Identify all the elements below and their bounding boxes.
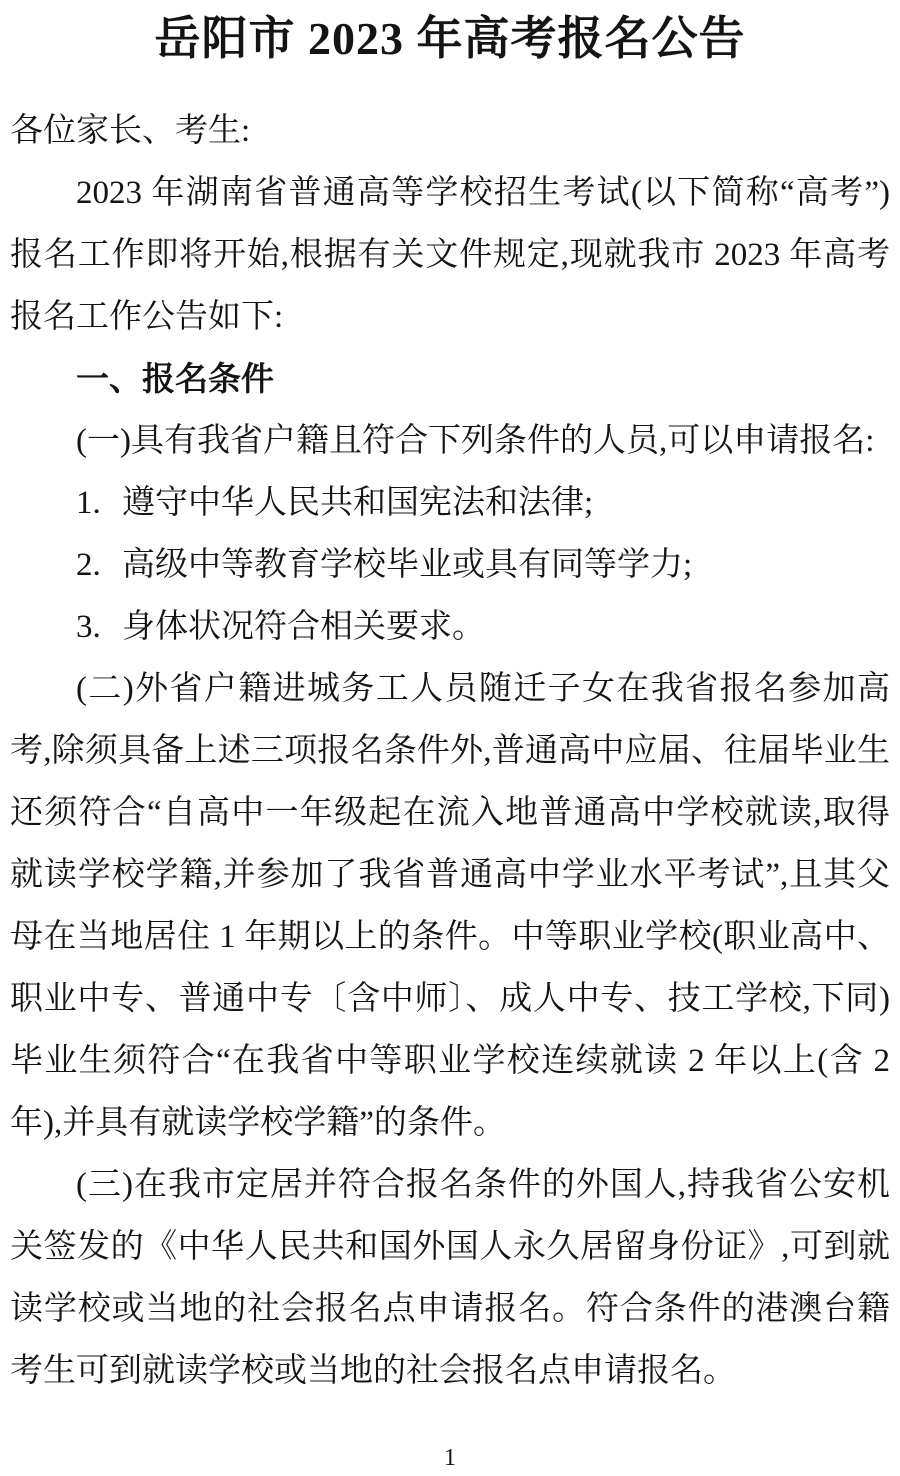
- list-item: 1.遵守中华人民共和国宪法和法律;: [76, 472, 890, 534]
- list-item: 2.高级中等教育学校毕业或具有同等学力;: [76, 534, 890, 596]
- list-item-text: 遵守中华人民共和国宪法和法律;: [122, 485, 593, 521]
- condition-list: 1.遵守中华人民共和国宪法和法律; 2.高级中等教育学校毕业或具有同等学力; 3…: [10, 472, 890, 658]
- clause-3-paragraph: (三)在我市定居并符合报名条件的外国人,持我省公安机关签发的《中华人民共和国外国…: [10, 1154, 890, 1402]
- list-item-number: 1.: [76, 472, 104, 534]
- document-body: 各位家长、考生: 2023 年湖南省普通高等学校招生考试(以下简称“高考”)报名…: [10, 100, 890, 1402]
- list-item: 3.身体状况符合相关要求。: [76, 596, 890, 658]
- page-number: 1: [0, 1446, 900, 1470]
- intro-paragraph: 2023 年湖南省普通高等学校招生考试(以下简称“高考”)报名工作即将开始,根据…: [10, 162, 890, 348]
- list-item-text: 高级中等教育学校毕业或具有同等学力;: [122, 547, 692, 583]
- clause-1-paragraph: (一)具有我省户籍且符合下列条件的人员,可以申请报名:: [10, 410, 890, 472]
- clause-2-paragraph: (二)外省户籍进城务工人员随迁子女在我省报名参加高考,除须具备上述三项报名条件外…: [10, 658, 890, 1154]
- document-title: 岳阳市 2023 年高考报名公告: [10, 8, 890, 70]
- document-page: 岳阳市 2023 年高考报名公告 各位家长、考生: 2023 年湖南省普通高等学…: [0, 0, 900, 1476]
- list-item-text: 身体状况符合相关要求。: [122, 609, 485, 645]
- section-heading-registration-conditions: 一、报名条件: [10, 348, 890, 410]
- list-item-number: 2.: [76, 534, 104, 596]
- salutation-line: 各位家长、考生:: [10, 100, 890, 162]
- list-item-number: 3.: [76, 596, 104, 658]
